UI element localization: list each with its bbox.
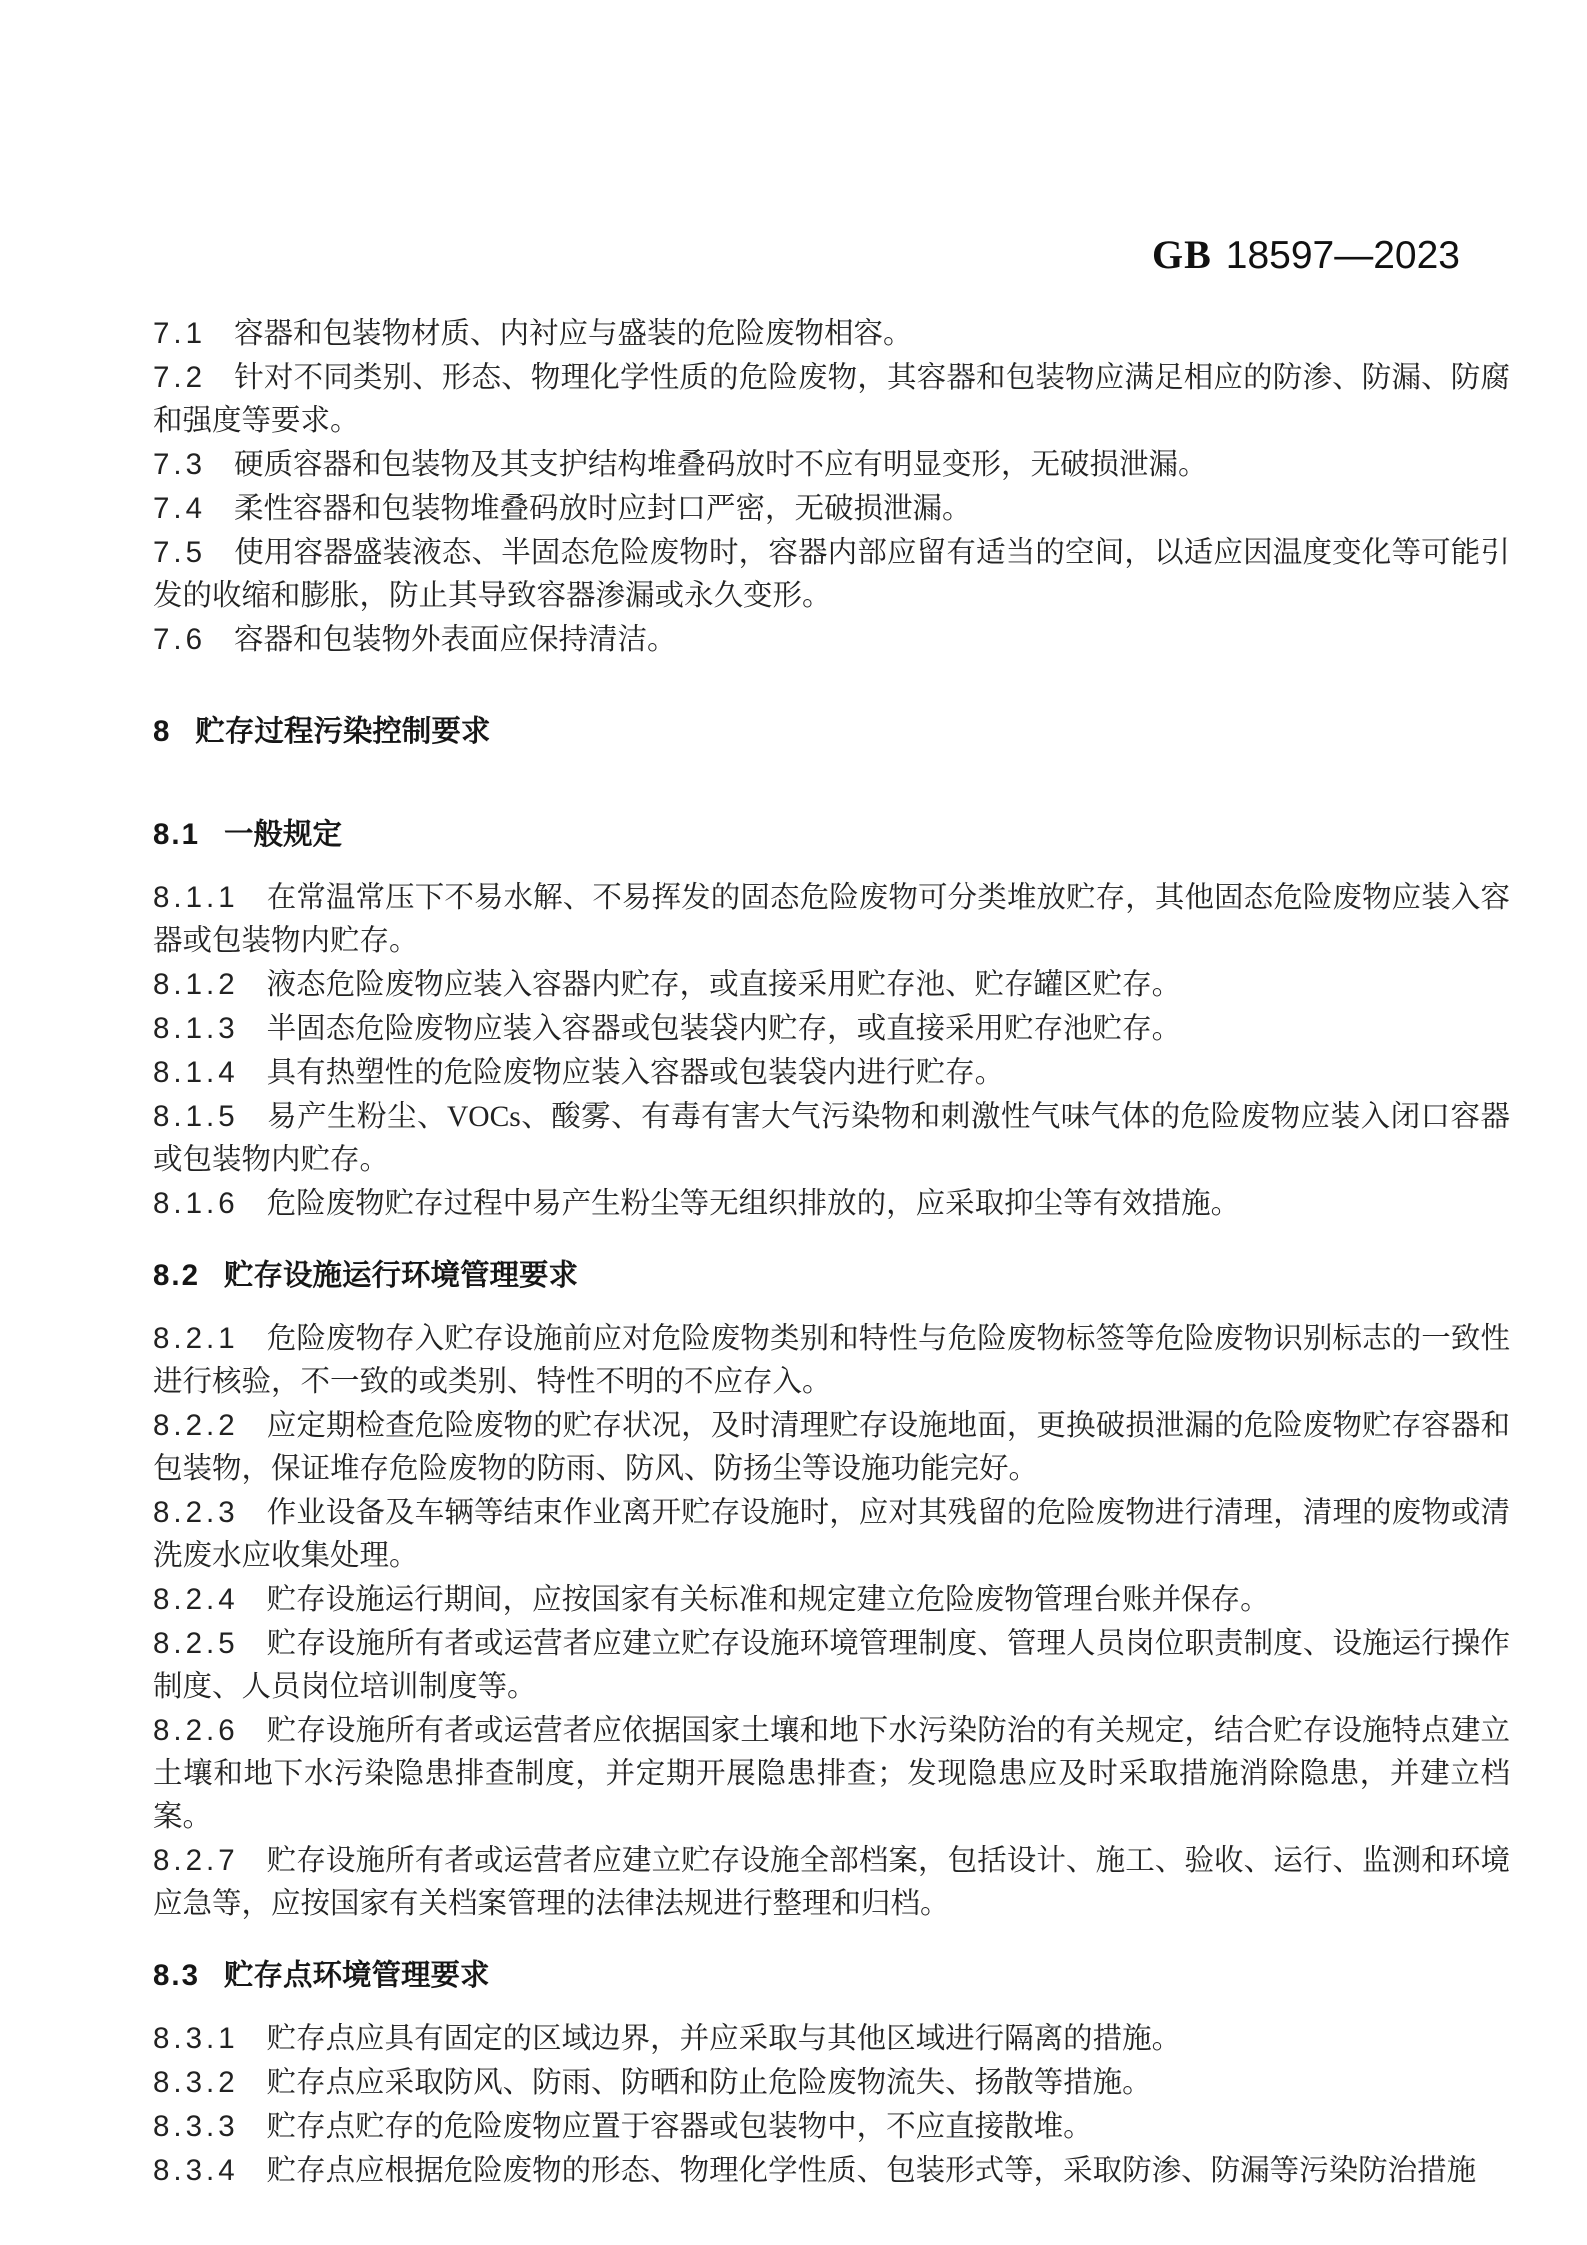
clause-8.1.5: 8.1.5易产生粉尘、VOCs、酸雾、有毒有害大气污染物和刺激性气味气体的危险废…: [153, 1095, 1510, 1182]
clause-number: 8.3.1: [153, 2022, 239, 2055]
clause-text: 贮存设施所有者或运营者应依据国家土壤和地下水污染防治的有关规定，结合贮存设施特点…: [153, 1715, 1510, 1833]
clause-text: 针对不同类别、形态、物理化学性质的危险废物，其容器和包装物应满足相应的防渗、防漏…: [153, 362, 1510, 437]
clause-8.1.2: 8.1.2液态危险废物应装入容器内贮存，或直接采用贮存池、贮存罐区贮存。: [153, 963, 1510, 1007]
clause-text: 容器和包装物外表面应保持清洁。: [234, 624, 677, 656]
clause-text: 贮存设施运行环境管理要求: [224, 1259, 578, 1292]
heading-8: 8贮存过程污染控制要求: [153, 710, 1510, 753]
clause-8.2.1: 8.2.1危险废物存入贮存设施前应对危险废物类别和特性与危险废物标签等危险废物识…: [153, 1317, 1510, 1404]
clause-number: 8.1.2: [153, 968, 239, 1001]
clause-number: 7.2: [153, 361, 206, 394]
standard-code-number: 18597—2023: [1226, 234, 1460, 277]
clause-8.2.2: 8.2.2应定期检查危险废物的贮存状况，及时清理贮存设施地面，更换破损泄漏的危险…: [153, 1404, 1510, 1491]
clause-number: 8.3.4: [153, 2154, 239, 2187]
clause-number: 8.2.4: [153, 1583, 239, 1616]
clause-8.2.7: 8.2.7贮存设施所有者或运营者应建立贮存设施全部档案，包括设计、施工、验收、运…: [153, 1839, 1510, 1926]
document-page: GB 18597—2023 7.1容器和包装物材质、内衬应与盛装的危险废物相容。…: [0, 0, 1587, 2245]
clause-number: 8.2.1: [153, 1322, 239, 1355]
clause-7.2: 7.2针对不同类别、形态、物理化学性质的危险废物，其容器和包装物应满足相应的防渗…: [153, 356, 1510, 443]
clause-number: 7.4: [153, 492, 206, 525]
clause-text: 使用容器盛装液态、半固态危险废物时，容器内部应留有适当的空间，以适应因温度变化等…: [153, 537, 1510, 612]
clause-number: 8.2.6: [153, 1714, 239, 1747]
clause-text: 贮存点应采取防风、防雨、防晒和防止危险废物流失、扬散等措施。: [267, 2067, 1152, 2099]
clause-number: 8.2.7: [153, 1844, 239, 1877]
clause-number: 8.1.6: [153, 1187, 239, 1220]
clause-text: 液态危险废物应装入容器内贮存，或直接采用贮存池、贮存罐区贮存。: [267, 969, 1182, 1001]
clause-7.5: 7.5使用容器盛装液态、半固态危险废物时，容器内部应留有适当的空间，以适应因温度…: [153, 531, 1510, 618]
clause-number: 8.1: [153, 818, 200, 851]
clause-text: 危险废物存入贮存设施前应对危险废物类别和特性与危险废物标签等危险废物识别标志的一…: [153, 1323, 1510, 1398]
clause-8.2.4: 8.2.4贮存设施运行期间，应按国家有关标准和规定建立危险废物管理台账并保存。: [153, 1578, 1510, 1622]
standard-code-prefix: GB: [1152, 232, 1212, 277]
clause-8.3.4: 8.3.4贮存点应根据危险废物的形态、物理化学性质、包装形式等，采取防渗、防漏等…: [153, 2149, 1510, 2193]
clause-text: 贮存设施所有者或运营者应建立贮存设施环境管理制度、管理人员岗位职责制度、设施运行…: [153, 1628, 1510, 1703]
clause-text: 贮存设施运行期间，应按国家有关标准和规定建立危险废物管理台账并保存。: [267, 1584, 1270, 1616]
heading-8.1: 8.1一般规定: [153, 813, 1510, 856]
clause-number: 8.1.1: [153, 881, 239, 914]
clause-text: 贮存过程污染控制要求: [195, 715, 490, 748]
clause-text: 应定期检查危险废物的贮存状况，及时清理贮存设施地面，更换破损泄漏的危险废物贮存容…: [153, 1410, 1510, 1485]
clause-text: 半固态危险废物应装入容器或包装袋内贮存，或直接采用贮存池贮存。: [267, 1013, 1182, 1045]
clause-number: 8.2.3: [153, 1496, 239, 1529]
clause-7.4: 7.4柔性容器和包装物堆叠码放时应封口严密，无破损泄漏。: [153, 487, 1510, 531]
clause-text: 柔性容器和包装物堆叠码放时应封口严密，无破损泄漏。: [234, 493, 972, 525]
clause-8.2.5: 8.2.5贮存设施所有者或运营者应建立贮存设施环境管理制度、管理人员岗位职责制度…: [153, 1622, 1510, 1709]
clause-8.1.3: 8.1.3半固态危险废物应装入容器或包装袋内贮存，或直接采用贮存池贮存。: [153, 1007, 1510, 1051]
clause-text: 贮存设施所有者或运营者应建立贮存设施全部档案，包括设计、施工、验收、运行、监测和…: [153, 1845, 1510, 1920]
standard-code-header: GB 18597—2023: [153, 230, 1510, 280]
clause-number: 8.2: [153, 1259, 200, 1292]
clause-number: 8.2.5: [153, 1627, 239, 1660]
clause-number: 8.1.3: [153, 1012, 239, 1045]
clause-7.3: 7.3硬质容器和包装物及其支护结构堆叠码放时不应有明显变形，无破损泄漏。: [153, 443, 1510, 487]
clause-8.1.1: 8.1.1在常温常压下不易水解、不易挥发的固态危险废物可分类堆放贮存，其他固态危…: [153, 876, 1510, 963]
clause-text: 贮存点贮存的危险废物应置于容器或包装物中，不应直接散堆。: [267, 2111, 1093, 2143]
clause-number: 8.3.2: [153, 2066, 239, 2099]
clause-7.6: 7.6容器和包装物外表面应保持清洁。: [153, 618, 1510, 662]
clause-text: 在常温常压下不易水解、不易挥发的固态危险废物可分类堆放贮存，其他固态危险废物应装…: [153, 882, 1510, 957]
clause-text: 危险废物贮存过程中易产生粉尘等无组织排放的，应采取抑尘等有效措施。: [267, 1188, 1241, 1220]
clause-number: 8.2.2: [153, 1409, 239, 1442]
clause-number: 8.1.5: [153, 1100, 239, 1133]
clause-8.3.1: 8.3.1贮存点应具有固定的区域边界，并应采取与其他区域进行隔离的措施。: [153, 2017, 1510, 2061]
clause-number: 8.3.3: [153, 2110, 239, 2143]
document-body: 7.1容器和包装物材质、内衬应与盛装的危险废物相容。7.2针对不同类别、形态、物…: [153, 312, 1510, 2193]
clause-text: 一般规定: [224, 818, 342, 851]
clause-text: 贮存点应根据危险废物的形态、物理化学性质、包装形式等，采取防渗、防漏等污染防治措…: [267, 2155, 1477, 2187]
clause-8.2.3: 8.2.3作业设备及车辆等结束作业离开贮存设施时，应对其残留的危险废物进行清理，…: [153, 1491, 1510, 1578]
clause-8.3.3: 8.3.3贮存点贮存的危险废物应置于容器或包装物中，不应直接散堆。: [153, 2105, 1510, 2149]
clause-text: 贮存点环境管理要求: [224, 1959, 490, 1992]
clause-8.1.6: 8.1.6危险废物贮存过程中易产生粉尘等无组织排放的，应采取抑尘等有效措施。: [153, 1182, 1510, 1226]
clause-8.1.4: 8.1.4具有热塑性的危险废物应装入容器或包装袋内进行贮存。: [153, 1051, 1510, 1095]
clause-text: 具有热塑性的危险废物应装入容器或包装袋内进行贮存。: [267, 1057, 1005, 1089]
clause-number: 7.3: [153, 448, 206, 481]
clause-text: 容器和包装物材质、内衬应与盛装的危险废物相容。: [234, 318, 913, 350]
clause-number: 8: [153, 715, 171, 748]
clause-number: 8.3: [153, 1959, 200, 1992]
clause-text: 作业设备及车辆等结束作业离开贮存设施时，应对其残留的危险废物进行清理，清理的废物…: [153, 1497, 1510, 1572]
heading-8.3: 8.3贮存点环境管理要求: [153, 1954, 1510, 1997]
clause-number: 8.1.4: [153, 1056, 239, 1089]
clause-8.2.6: 8.2.6贮存设施所有者或运营者应依据国家土壤和地下水污染防治的有关规定，结合贮…: [153, 1709, 1510, 1839]
clause-number: 7.1: [153, 317, 206, 350]
clause-7.1: 7.1容器和包装物材质、内衬应与盛装的危险废物相容。: [153, 312, 1510, 356]
clause-text: 硬质容器和包装物及其支护结构堆叠码放时不应有明显变形，无破损泄漏。: [234, 449, 1208, 481]
heading-8.2: 8.2贮存设施运行环境管理要求: [153, 1254, 1510, 1297]
clause-8.3.2: 8.3.2贮存点应采取防风、防雨、防晒和防止危险废物流失、扬散等措施。: [153, 2061, 1510, 2105]
clause-text: 易产生粉尘、VOCs、酸雾、有毒有害大气污染物和刺激性气味气体的危险废物应装入闭…: [153, 1101, 1510, 1176]
clause-number: 7.6: [153, 623, 206, 656]
clause-text: 贮存点应具有固定的区域边界，并应采取与其他区域进行隔离的措施。: [267, 2023, 1182, 2055]
clause-number: 7.5: [153, 536, 206, 569]
